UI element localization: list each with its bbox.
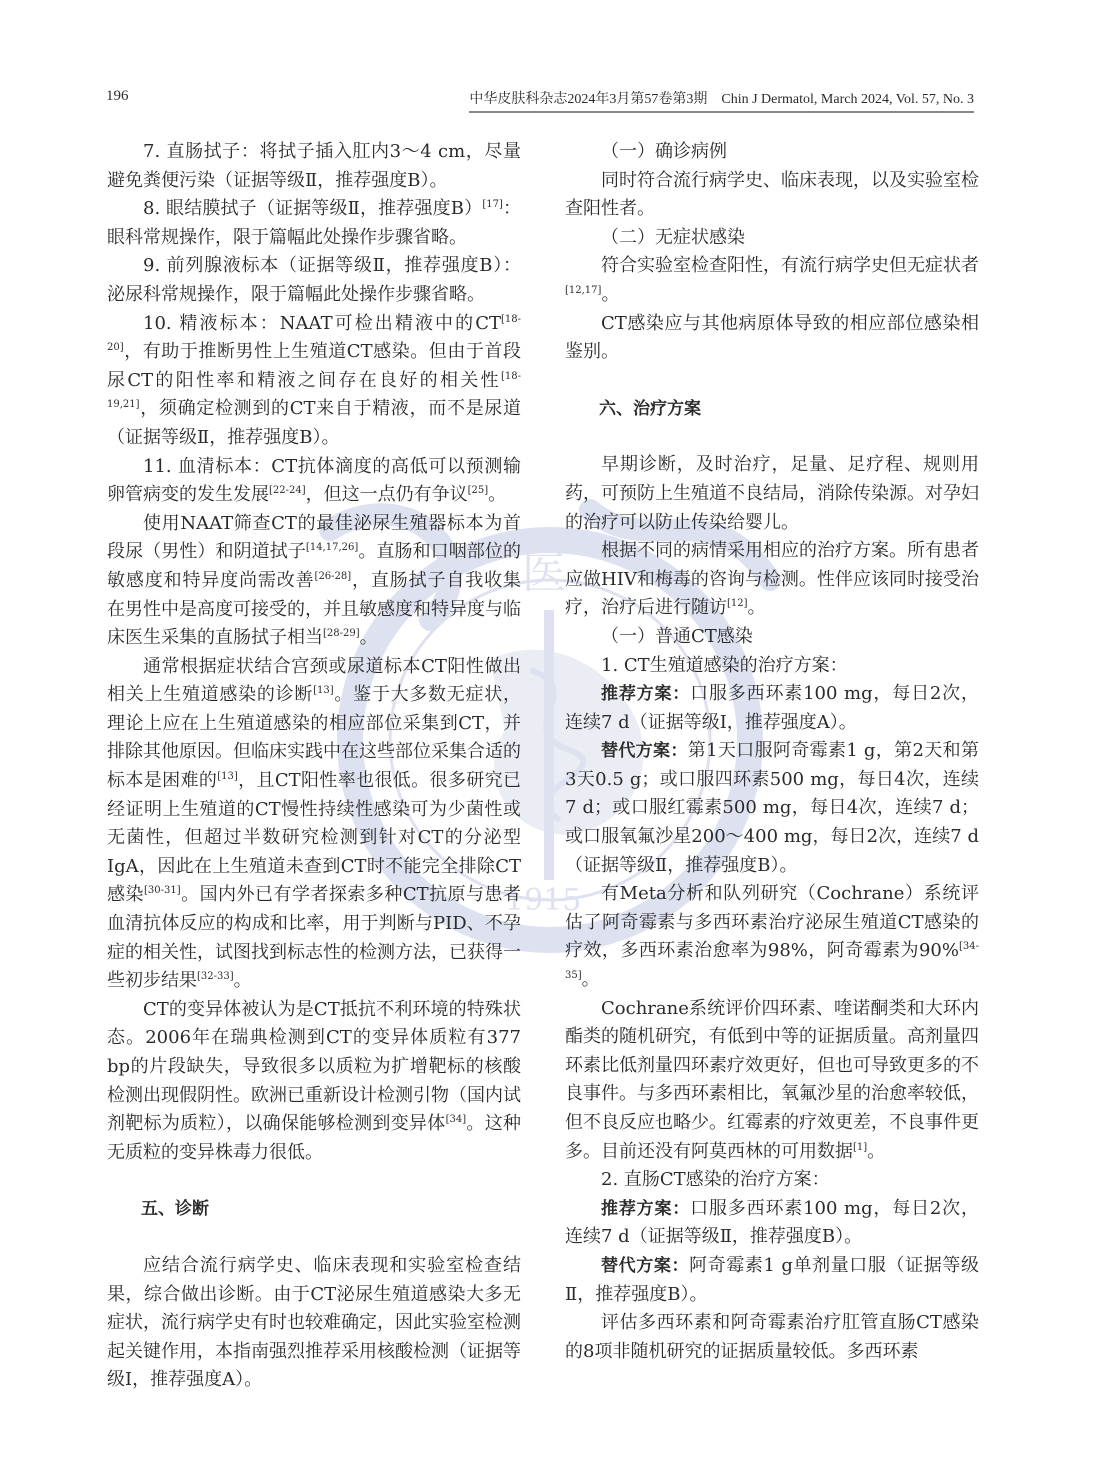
citation: [13] [313, 685, 334, 696]
recommended-regimen-genital: 推荐方案：口服多西环素100 mg，每日2次，连续7 d（证据等级Ⅰ，推荐强度A… [565, 680, 979, 737]
citation: [13] [217, 771, 238, 782]
paragraph-diagnosis: 应结合流行病学史、临床表现和实验室检查结果，综合做出诊断。由于CT泌尿生殖道感染… [107, 1252, 521, 1395]
paragraph-ct-variant: CT的变异体被认为是CT抵抗不利环境的特殊状态。2006年在瑞典检测到CT的变异… [107, 996, 521, 1168]
citation: [26-28] [315, 571, 352, 582]
subheading-asymptomatic: （二）无症状感染 [565, 224, 979, 253]
item-genital-treatment: 1. CT生殖道感染的治疗方案： [565, 652, 979, 681]
svg-text:医: 医 [522, 548, 566, 599]
paragraph-confirmed-case: 同时符合流行病学史、临床表现，以及实验室检查阳性者。 [565, 167, 979, 224]
citation: [12] [727, 598, 748, 609]
paragraph-meta-analysis: 有Meta分析和队列研究（Cochrane）系统评估了阿奇霉素与多西环素治疗泌尿… [565, 880, 979, 994]
paragraph-naat-specimens: 使用NAAT筛查CT的最佳泌尿生殖器标本为首段尿（男性）和阴道拭子[14,17,… [107, 510, 521, 653]
paragraph-asymptomatic: 符合实验室检查阳性，有流行病学史但无症状者[12,17]。 [565, 252, 979, 309]
item-rectal-treatment: 2. 直肠CT感染的治疗方案： [565, 1166, 979, 1195]
paragraph-treatment-partners: 根据不同的病情采用相应的治疗方案。所有患者应做HIV和梅毒的咨询与检测。性伴应该… [565, 537, 979, 623]
citation: [17] [482, 199, 503, 210]
page-number: 196 [106, 88, 129, 105]
recommended-regimen-rectal: 推荐方案：口服多西环素100 mg，每日2次，连续7 d（证据等级Ⅱ，推荐强度B… [565, 1195, 979, 1252]
citation: [34] [446, 1114, 467, 1125]
citation: [25] [468, 485, 489, 496]
citation: [14,17,26] [306, 542, 358, 553]
paragraph-upper-tract-diagnosis: 通常根据症状结合宫颈或尿道标本CT阳性做出相关上生殖道感染的诊断[13]。鉴于大… [107, 653, 521, 996]
right-column: （一）确诊病例 同时符合流行病学史、临床表现，以及实验室检查阳性者。 （二）无症… [565, 138, 979, 1366]
alternative-regimen-genital: 替代方案：第1天口服阿奇霉素1 g，第2天和第3天0.5 g；或口服四环素500… [565, 737, 979, 880]
citation: [1] [853, 1142, 867, 1153]
paragraph-treatment-principle: 早期诊断，及时治疗，足量、足疗程、规则用药，可预防上生殖道不良结局，消除传染源。… [565, 451, 979, 537]
paragraph-rectal-swab: 7. 直肠拭子：将拭子插入肛内3～4 cm，尽量避免粪便污染（证据等级Ⅱ，推荐强… [107, 138, 521, 195]
paragraph-conjunctival-swab: 8. 眼结膜拭子（证据等级Ⅱ，推荐强度B）[17]：眼科常规操作，限于篇幅此处操… [107, 195, 521, 252]
paragraph-prostatic-fluid: 9. 前列腺液标本（证据等级Ⅱ，推荐强度B）：泌尿科常规操作，限于篇幅此处操作步… [107, 252, 521, 309]
subheading-confirmed-case: （一）确诊病例 [565, 138, 979, 167]
paragraph-cochrane: Cochrane系统评价四环素、喹诺酮类和大环内酯类的随机研究，有低到中等的证据… [565, 995, 979, 1167]
journal-citation: 中华皮肤科杂志2024年3月第57卷第3期 Chin J Dermatol, M… [469, 88, 974, 113]
citation: [28-29] [323, 628, 360, 639]
citation: [22-24] [269, 485, 306, 496]
paragraph-differential: CT感染应与其他病原体导致的相应部位感染相鉴别。 [565, 310, 979, 367]
citation: [30-31] [144, 885, 181, 896]
subheading-common-ct: （一）普通CT感染 [565, 623, 979, 652]
citation: [12,17] [565, 285, 601, 296]
paragraph-semen: 10. 精液标本：NAAT可检出精液中的CT[18-20]，有助于推断男性上生殖… [107, 310, 521, 453]
alternative-regimen-rectal: 替代方案：阿奇霉素1 g单剂量口服（证据等级Ⅱ，推荐强度B）。 [565, 1252, 979, 1309]
left-column: 7. 直肠拭子：将拭子插入肛内3～4 cm，尽量避免粪便污染（证据等级Ⅱ，推荐强… [107, 138, 521, 1395]
paragraph-rectal-evidence: 评估多西环素和阿奇霉素治疗肛管直肠CT感染的8项非随机研究的证据质量较低。多西环… [565, 1309, 979, 1366]
paragraph-serum: 11. 血清标本：CT抗体滴度的高低可以预测输卵管病变的发生发展[22-24]，… [107, 453, 521, 510]
running-header: 196 中华皮肤科杂志2024年3月第57卷第3期 Chin J Dermato… [106, 88, 974, 114]
section-heading-diagnosis: 五、诊断 [107, 1195, 521, 1224]
citation: [32-33] [197, 971, 234, 982]
section-heading-treatment: 六、治疗方案 [565, 395, 979, 424]
